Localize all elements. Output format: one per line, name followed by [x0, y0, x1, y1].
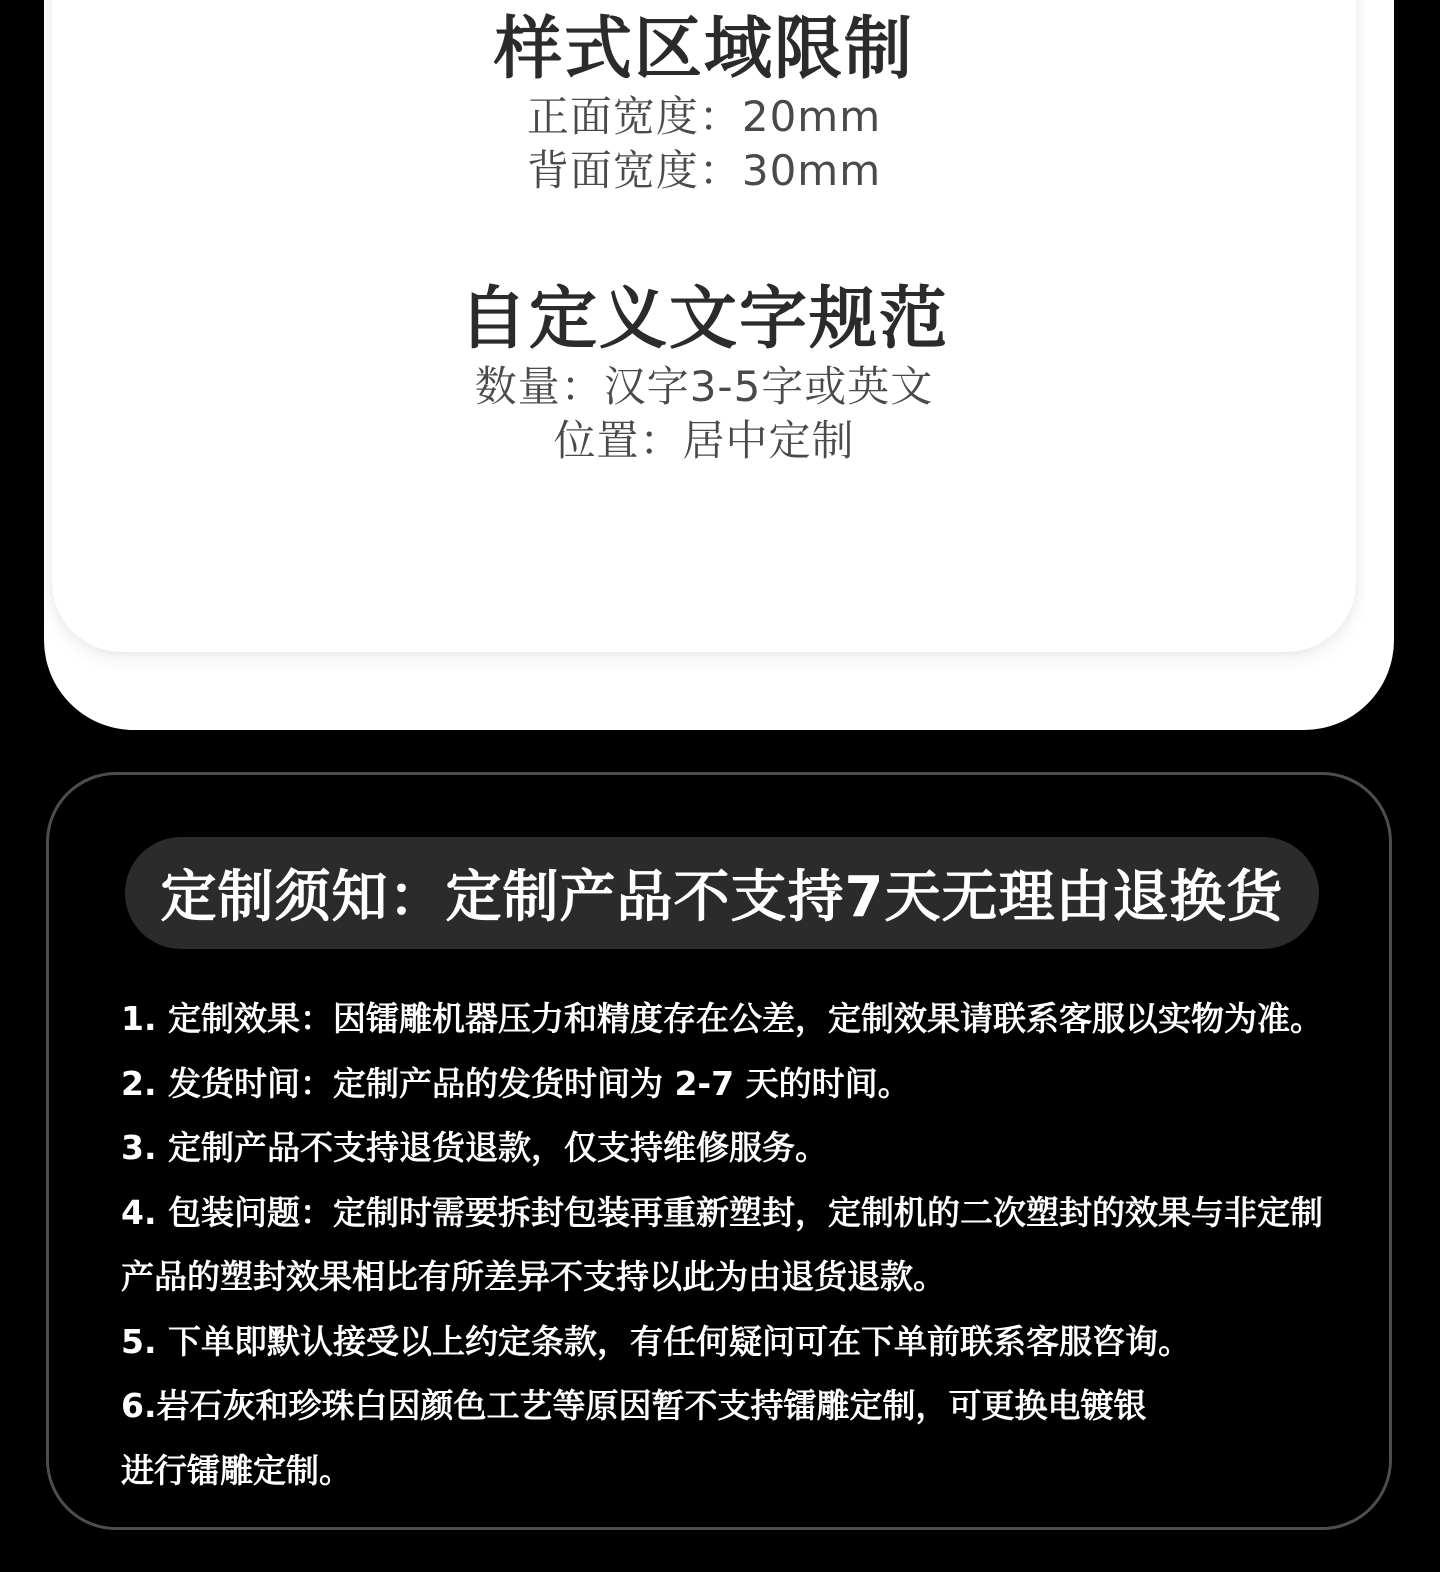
notice-list: 1. 定制效果：因镭雕机器压力和精度存在公差，定制效果请联系客服以实物为准。 2… [121, 987, 1371, 1503]
notice-banner: 定制须知：定制产品不支持7天无理由退换货 [125, 837, 1319, 949]
custom-text-section: 自定义文字规范 数量：汉字3-5字或英文 位置：居中定制 [52, 280, 1356, 468]
notice-item-color-limit-cont: 进行镭雕定制。 [121, 1439, 1371, 1504]
notice-item-terms: 5. 下单即默认接受以上约定条款，有任何疑问可在下单前联系客服咨询。 [121, 1310, 1371, 1375]
text-quantity-spec: 数量：汉字3-5字或英文 [52, 360, 1356, 414]
notice-item-packaging-cont: 产品的塑封效果相比有所差异不支持以此为由退货退款。 [121, 1245, 1371, 1310]
text-position-spec: 位置：居中定制 [52, 414, 1356, 468]
notice-item-packaging: 4. 包装问题：定制时需要拆封包装再重新塑封，定制机的二次塑封的效果与非定制 [121, 1181, 1371, 1246]
custom-notice-card: 定制须知：定制产品不支持7天无理由退换货 1. 定制效果：因镭雕机器压力和精度存… [46, 772, 1392, 1530]
custom-text-title: 自定义文字规范 [52, 280, 1356, 360]
spec-card: 样式区域限制 正面宽度：20mm 背面宽度：30mm 自定义文字规范 数量：汉字… [52, 0, 1356, 652]
style-area-title: 样式区域限制 [52, 10, 1356, 90]
notice-banner-text: 定制须知：定制产品不支持7天无理由退换货 [161, 853, 1284, 933]
notice-item-color-limit: 6.岩石灰和珍珠白因颜色工艺等原因暂不支持镭雕定制，可更换电镀银 [121, 1374, 1371, 1439]
notice-item-no-return: 3. 定制产品不支持退货退款，仅支持维修服务。 [121, 1116, 1371, 1181]
page: 样式区域限制 正面宽度：20mm 背面宽度：30mm 自定义文字规范 数量：汉字… [0, 0, 1440, 1572]
notice-item-shipping: 2. 发货时间：定制产品的发货时间为 2-7 天的时间。 [121, 1052, 1371, 1117]
back-width-spec: 背面宽度：30mm [52, 144, 1356, 198]
notice-item-effect: 1. 定制效果：因镭雕机器压力和精度存在公差，定制效果请联系客服以实物为准。 [121, 987, 1371, 1052]
style-area-section: 样式区域限制 正面宽度：20mm 背面宽度：30mm [52, 10, 1356, 198]
front-width-spec: 正面宽度：20mm [52, 90, 1356, 144]
